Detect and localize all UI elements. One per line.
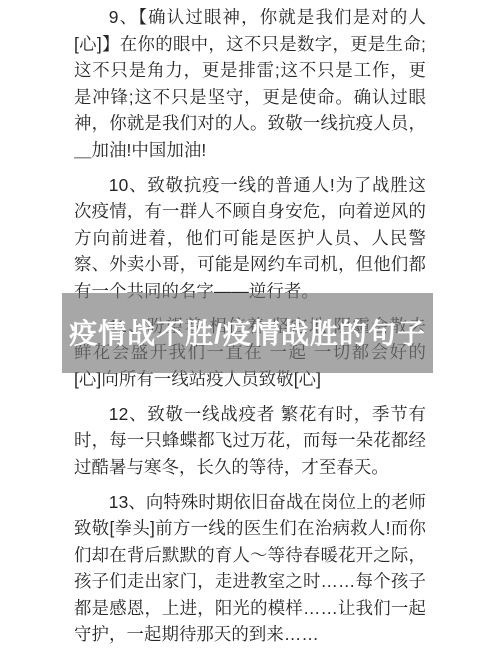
paragraph-item-12: 12、致敬一线战疫者 繁花有时，季节有时，每一只蜂蝶都飞过万花，而每一朵花都经过…: [74, 401, 426, 481]
paragraph-item-9: 9、【确认过眼神，你就是我们是对的人[心]】在你的眼中，这不只是数字，更是生命;…: [74, 4, 426, 163]
watermark-title: 疫情战不胜/疫情战胜的句子: [62, 316, 433, 351]
watermark-overlay: 疫情战不胜/疫情战胜的句子: [62, 293, 433, 373]
paragraph-item-13: 13、向特殊时期依旧奋战在岗位上的老师致敬[拳头]前方一线的医生们在治病救人!而…: [74, 489, 426, 648]
paragraph-item-10: 10、致敬抗疫一线的普通人!为了战胜这次疫情，有一群人不顾自身安危，向着逆风的方…: [74, 172, 426, 305]
article-page: 9、【确认过眼神，你就是我们是对的人[心]】在你的眼中，这不只是数字，更是生命;…: [0, 0, 500, 666]
